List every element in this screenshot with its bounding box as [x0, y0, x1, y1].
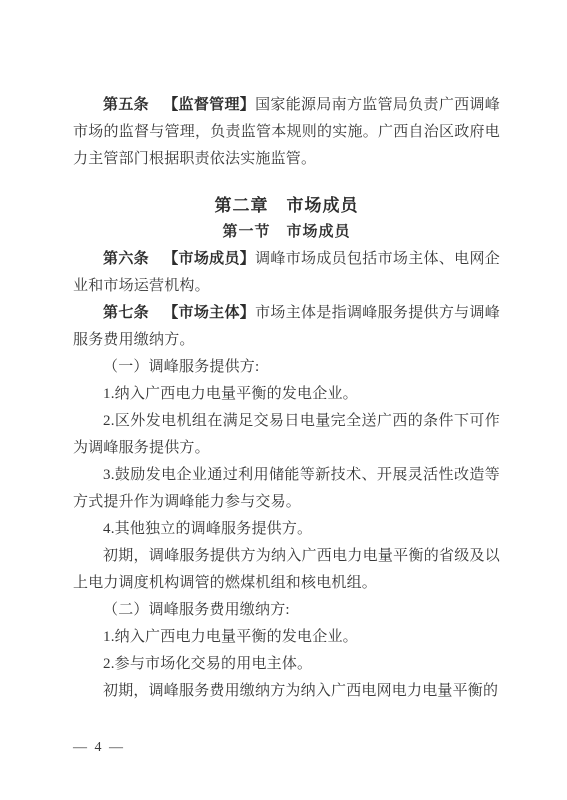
article-term: 【市场主体】: [163, 305, 255, 321]
body-paragraph: 初期，调峰服务费用缴纳方为纳入广西电网电力电量平衡的: [73, 678, 500, 705]
body-paragraph: 1.纳入广西电力电量平衡的发电企业。: [73, 381, 500, 408]
body-paragraph: 初期，调峰服务提供方为纳入广西电力电量平衡的省级及以上电力调度机构调管的燃煤机组…: [73, 543, 500, 597]
section-heading: 第一节 市场成员: [73, 219, 500, 246]
body-paragraph: 3.鼓励发电企业通过利用储能等新技术、开展灵活性改造等方式提升作为调峰能力参与交…: [73, 462, 500, 516]
article-paragraph: 第五条【监督管理】国家能源局南方监管局负责广西调峰市场的监督与管理，负责监管本规…: [73, 92, 500, 173]
body-paragraph: 1.纳入广西电力电量平衡的发电企业。: [73, 624, 500, 651]
body-paragraph: （二）调峰服务费用缴纳方:: [73, 597, 500, 624]
article-term: 【市场成员】: [163, 251, 255, 267]
body-paragraph: （一）调峰服务提供方:: [73, 354, 500, 381]
article-number: 第六条: [103, 251, 149, 267]
article-number: 第五条: [103, 97, 149, 113]
body-paragraph: 2.参与市场化交易的用电主体。: [73, 651, 500, 678]
article-paragraph: 第七条【市场主体】市场主体是指调峰服务提供方与调峰服务费用缴纳方。: [73, 300, 500, 354]
page-number: — 4 —: [73, 740, 125, 756]
document-page: 第五条【监督管理】国家能源局南方监管局负责广西调峰市场的监督与管理，负责监管本规…: [0, 0, 567, 800]
article-term: 【监督管理】: [163, 97, 255, 113]
document-body: 第五条【监督管理】国家能源局南方监管局负责广西调峰市场的监督与管理，负责监管本规…: [73, 92, 500, 705]
body-paragraph: 2.区外发电机组在满足交易日电量完全送广西的条件下可作为调峰服务提供方。: [73, 408, 500, 462]
body-paragraph: 4.其他独立的调峰服务提供方。: [73, 516, 500, 543]
article-number: 第七条: [103, 305, 149, 321]
article-paragraph: 第六条【市场成员】调峰市场成员包括市场主体、电网企业和市场运营机构。: [73, 246, 500, 300]
chapter-heading: 第二章 市场成员: [73, 192, 500, 219]
